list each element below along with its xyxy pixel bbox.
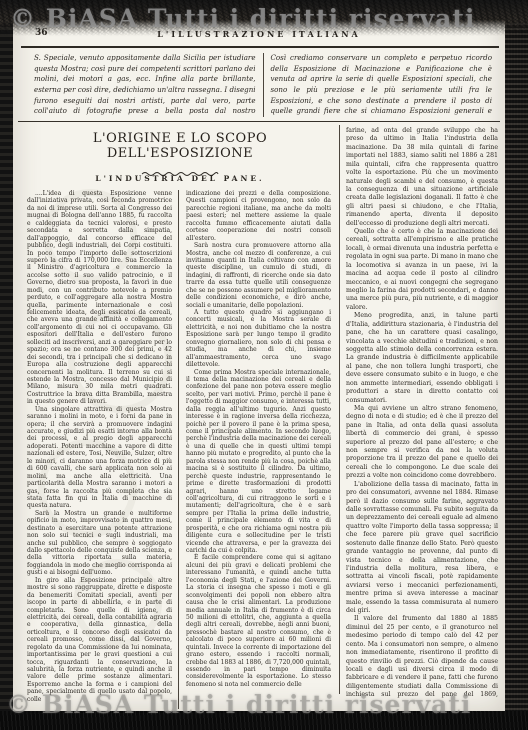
scan-edge-left bbox=[0, 0, 13, 730]
paragraph: Ma qui avviene un altro strano fenomeno,… bbox=[346, 405, 498, 481]
text-column-3: farine, ad onta del grande sviluppo che … bbox=[346, 127, 498, 698]
paragraph: farine, ad onta del grande sviluppo che … bbox=[346, 127, 498, 228]
text-column-2: indicazione dei prezzi e della composizi… bbox=[179, 190, 333, 709]
intro-rule bbox=[18, 121, 500, 122]
paragraph: Sarà nostra cura promuovere attorno alla… bbox=[186, 242, 331, 309]
paragraph: Come prima Mostra speciale internazional… bbox=[186, 369, 331, 555]
intro-left-column: S. Speciale, venuto appositamente dalla … bbox=[27, 53, 263, 117]
squiggle-underline-icon bbox=[27, 162, 333, 169]
paragraph: Il valore del frumento dal 1880 al 1885 … bbox=[346, 615, 498, 698]
column-divider bbox=[339, 125, 340, 694]
page-surface: 36 L'ILLUSTRAZIONE ITALIANA S. Speciale,… bbox=[13, 9, 505, 711]
bleedthrough-texture bbox=[68, 309, 172, 413]
paragraph: L'abolizione della tassa di macinato, fa… bbox=[346, 481, 498, 616]
bleedthrough-texture bbox=[73, 559, 162, 648]
paragraph: Meno progredita, anzi, in talune parti d… bbox=[346, 312, 498, 405]
paragraph: Quello che è certo è che la macinazione … bbox=[346, 228, 498, 312]
paragraph: A tutto questo quadro si aggiungano i co… bbox=[186, 309, 331, 369]
watermark-bottom: © BiASA Tutti i diritti riservati bbox=[6, 690, 471, 719]
header-rule bbox=[21, 46, 499, 48]
scan-edge-right bbox=[505, 0, 528, 730]
scanned-page: 36 L'ILLUSTRAZIONE ITALIANA S. Speciale,… bbox=[0, 0, 528, 730]
paragraph: indicazione dei prezzi e della composizi… bbox=[186, 190, 331, 242]
paragraph: È facile comprendere come qui si agitano… bbox=[186, 554, 331, 688]
intro-right-column: Così crediamo conservare un completo e p… bbox=[263, 53, 499, 117]
article-title: L'ORIGINE E LO SCOPO DELL'ESPOSIZIONE bbox=[27, 131, 333, 161]
bleedthrough-texture bbox=[38, 439, 137, 538]
article-subtitle: L'INDUSTRIA DEL PANE. bbox=[27, 174, 333, 183]
bleedthrough-texture bbox=[43, 189, 137, 283]
watermark-top: © BiASA Tutti i diritti riservati bbox=[10, 4, 475, 33]
editorial-intro: S. Speciale, venuto appositamente dalla … bbox=[27, 53, 499, 117]
